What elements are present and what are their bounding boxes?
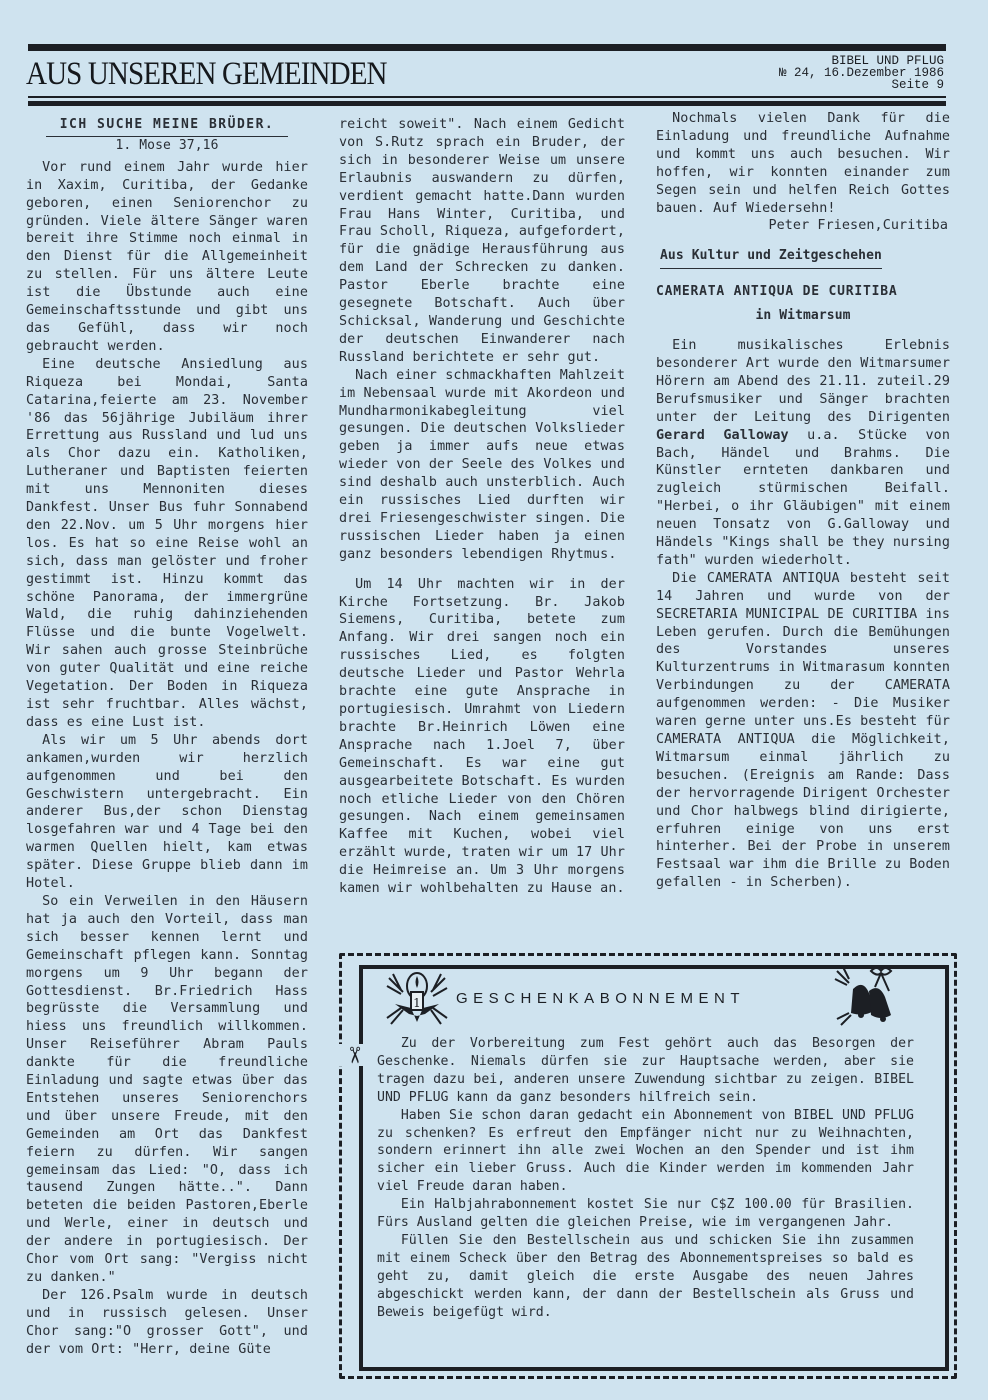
paragraph: Der 126.Psalm wurde in deutsch und in ru… xyxy=(26,1287,308,1359)
svg-text:1: 1 xyxy=(413,996,421,1010)
christmas-bells-icon xyxy=(833,965,899,1031)
header-rule-thick xyxy=(28,101,946,106)
paragraph: Nochmals vielen Dank für die Einladung u… xyxy=(656,110,950,217)
paragraph: Um 14 Uhr machten wir in der Kirche Fort… xyxy=(339,576,625,898)
bible-reference: 1. Mose 37,16 xyxy=(26,137,308,155)
paragraph: reicht soweit". Nach einem Gedicht von S… xyxy=(339,116,625,367)
gift-subscription-title: GESCHENKABONNEMENT xyxy=(456,990,745,1007)
page-number: Seite 9 xyxy=(779,79,944,91)
paragraph: Haben Sie schon daran gedacht ein Abonne… xyxy=(377,1107,914,1197)
conductor-name: Gerard Galloway xyxy=(656,428,789,443)
author-signature: Peter Friesen,Curitiba xyxy=(656,217,950,235)
advent-candle-icon: 1 xyxy=(385,968,449,1026)
header-rule-thin xyxy=(28,96,946,98)
gift-subscription-text: Zu der Vorbereitung zum Fest gehört auch… xyxy=(377,1035,914,1322)
paragraph: Ein musikalisches Erlebnis besonderer Ar… xyxy=(656,337,950,570)
scissors-icon: ✂ xyxy=(309,1044,369,1066)
paragraph: Nach einer schmackhaften Mahlzeit im Neb… xyxy=(339,367,625,564)
paragraph: So ein Verweilen in den Häusern hat ja a… xyxy=(26,893,308,1287)
paragraph: Eine deutsche Ansiedlung aus Riqueza bei… xyxy=(26,356,308,732)
article-title: CAMERATA ANTIQUA DE CURITIBA xyxy=(656,283,950,301)
paragraph: Als wir um 5 Uhr abends dort ankamen,wur… xyxy=(26,732,308,893)
article-title: ICH SUCHE MEINE BRÜDER. xyxy=(46,116,288,137)
article-subtitle: in Witmarsum xyxy=(656,307,950,325)
column-2: reicht soweit". Nach einem Gedicht von S… xyxy=(339,116,625,898)
paragraph: Die CAMERATA ANTIQUA besteht seit 14 Jah… xyxy=(656,570,950,892)
paragraph: Zu der Vorbereitung zum Fest gehört auch… xyxy=(377,1035,914,1107)
paragraph: Vor rund einem Jahr wurde hier in Xaxim,… xyxy=(26,159,308,356)
page-title: AUS UNSEREN GEMEINDEN xyxy=(26,56,387,93)
paragraph: Füllen Sie den Bestellschein aus und sch… xyxy=(377,1232,914,1322)
section-heading: Aus Kultur und Zeitgeschehen xyxy=(660,247,882,269)
column-3: Nochmals vielen Dank für die Einladung u… xyxy=(656,110,950,892)
header-rule-top xyxy=(28,44,946,51)
newspaper-page: AUS UNSEREN GEMEINDEN BIBEL UND PFLUG № … xyxy=(0,0,988,1400)
column-1: ICH SUCHE MEINE BRÜDER. 1. Mose 37,16 Vo… xyxy=(26,116,308,1359)
issue-info: BIBEL UND PFLUG № 24, 16.Dezember 1986 S… xyxy=(779,55,944,91)
paragraph: Ein Halbjahrabonnement kostet Sie nur C$… xyxy=(377,1196,914,1232)
